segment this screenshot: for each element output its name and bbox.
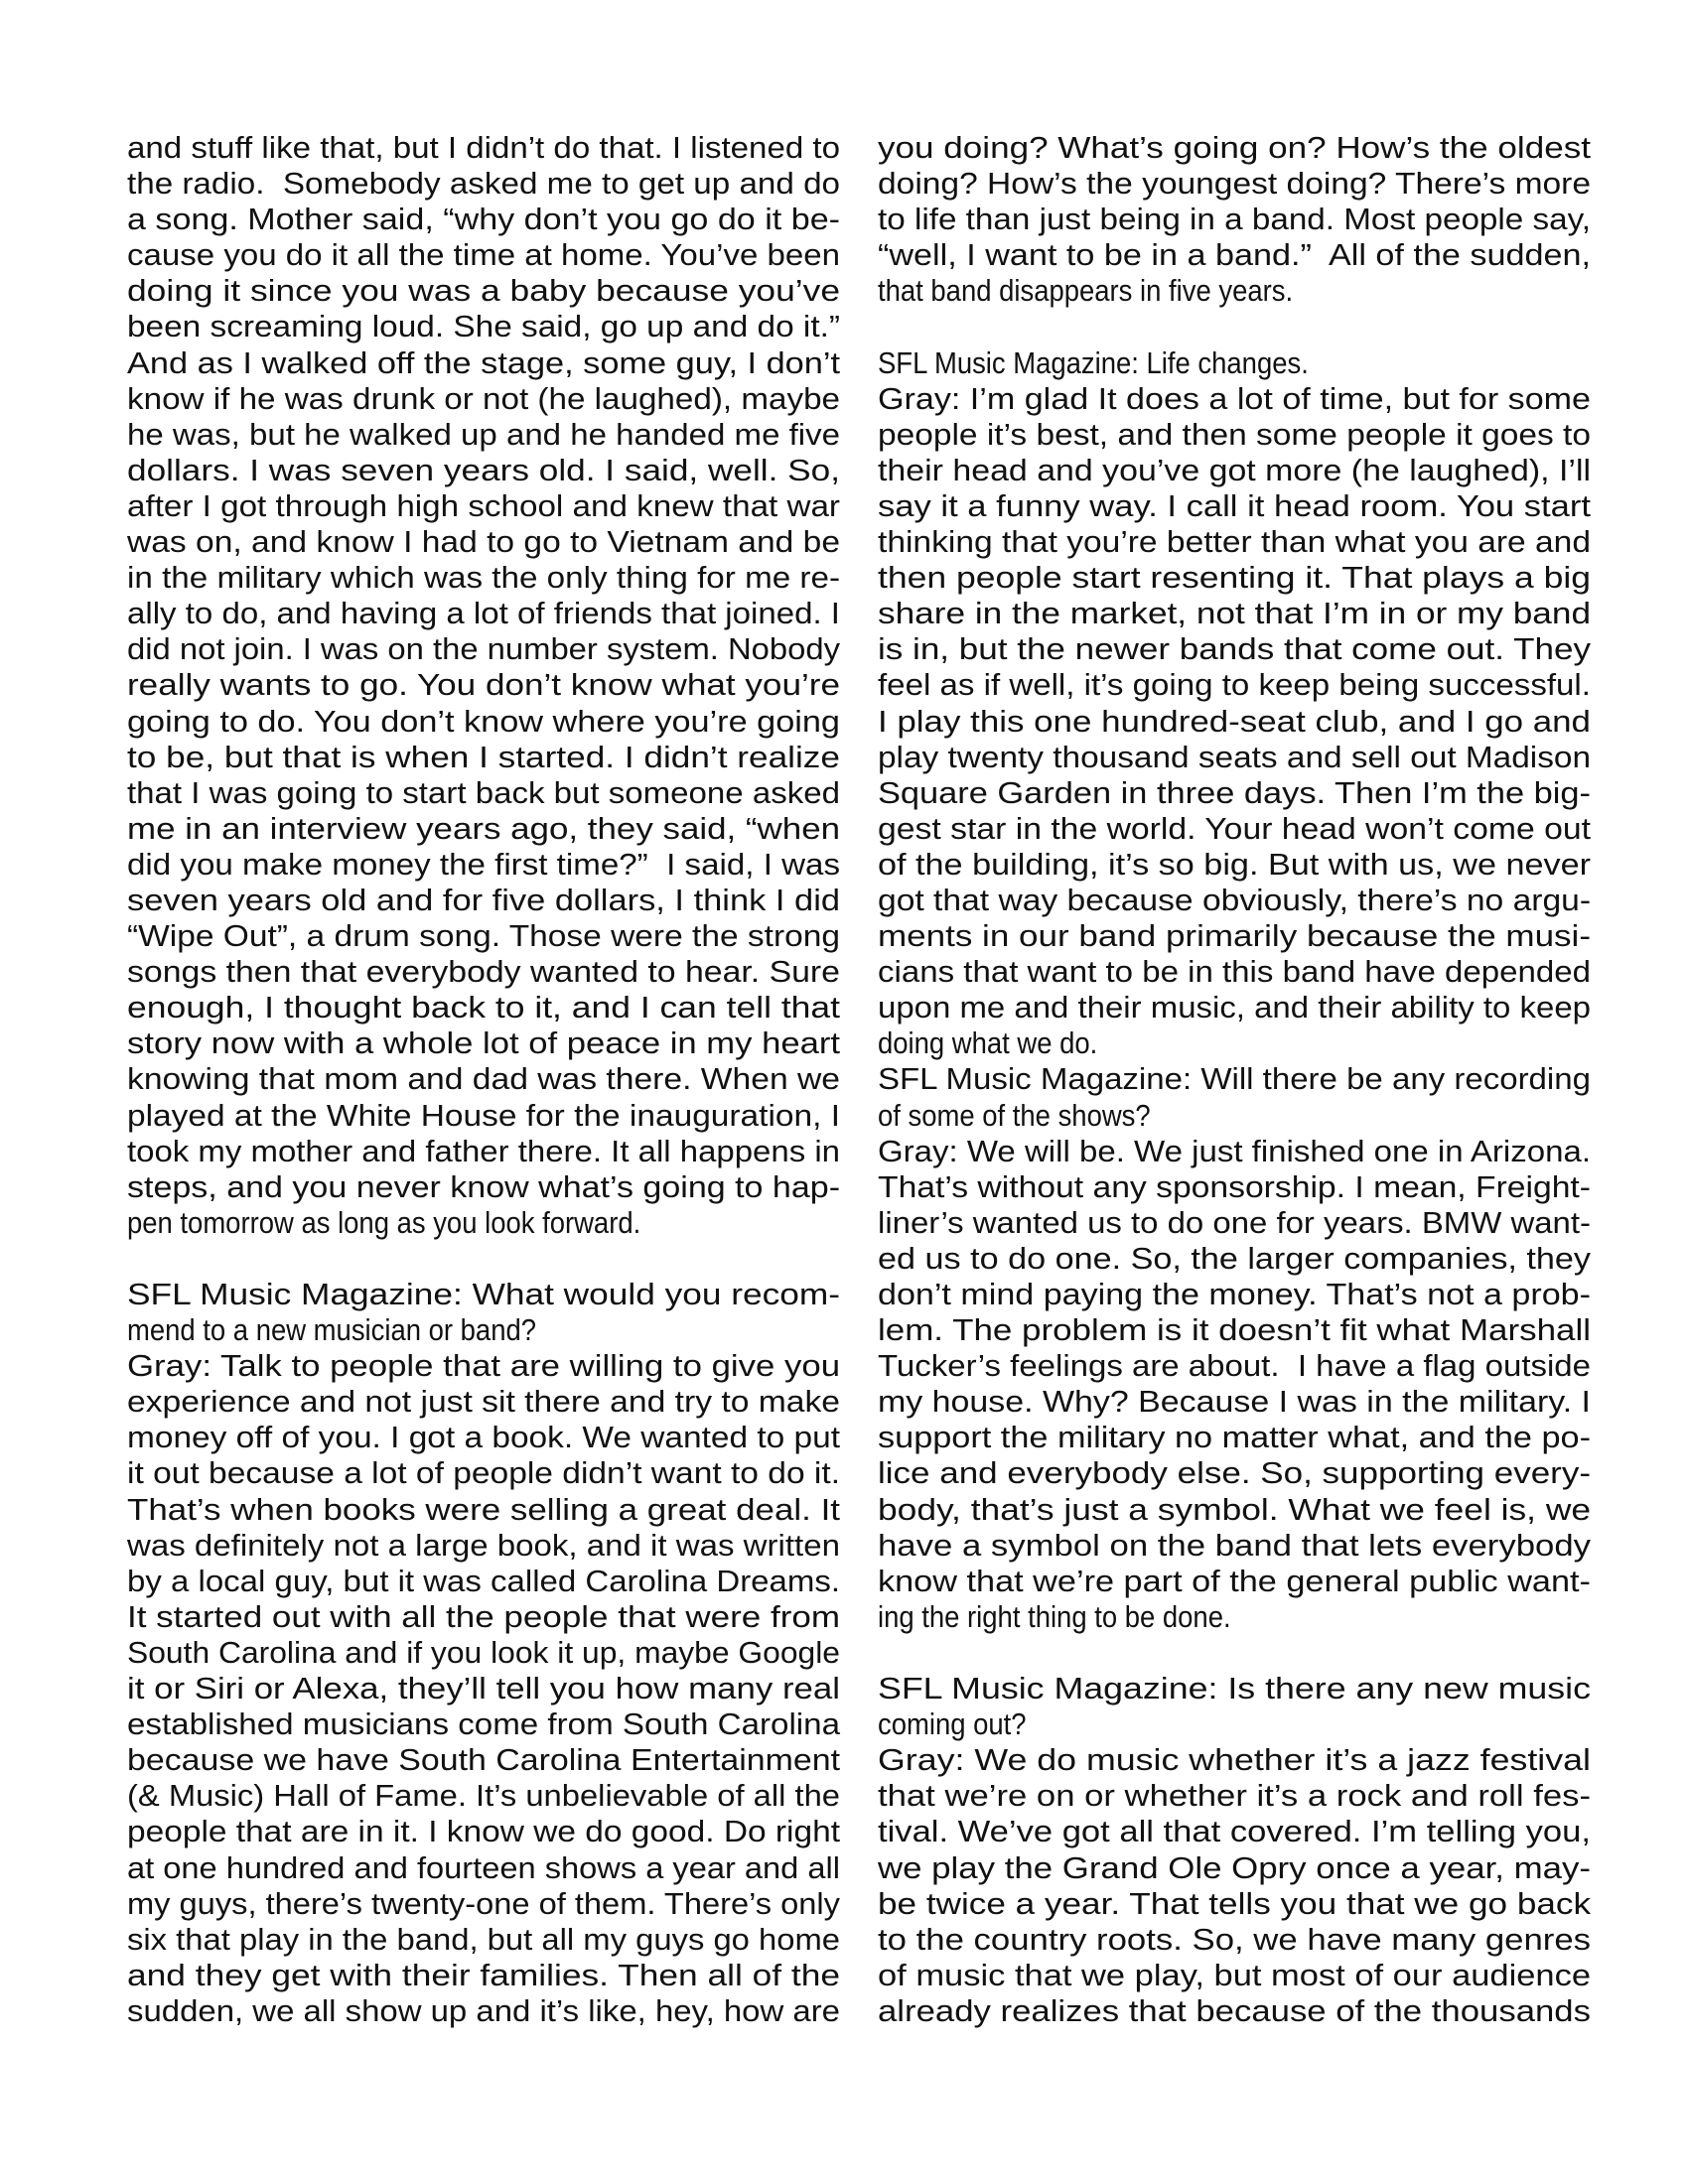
text-line: mend to a new musician or band? <box>127 1312 840 1348</box>
text-line: (& Music) Hall of Fame. It’s unbelievabl… <box>127 1778 840 1814</box>
text-line-content: of music that we play, but most of our a… <box>878 1958 1591 1993</box>
text-line: share in the market, not that I’m in or … <box>878 596 1591 631</box>
text-line-content: cause you do it all the time at home. Yo… <box>127 237 840 273</box>
text-line: SFL Music Magazine: Will there be any re… <box>878 1061 1591 1097</box>
text-line-content: dollars. I was seven years old. I said, … <box>127 453 840 488</box>
text-line: is in, but the newer bands that come out… <box>878 631 1591 667</box>
text-line: my guys, there’s twenty-one of them. The… <box>127 1886 840 1922</box>
text-line: doing it since you was a baby because yo… <box>127 273 840 309</box>
text-line-content: doing it since you was a baby because yo… <box>127 273 840 309</box>
text-line-content: played at the White House for the inaugu… <box>127 1098 840 1134</box>
text-line: SFL Music Magazine: What would you recom… <box>127 1277 840 1312</box>
text-line: say it a funny way. I call it head room.… <box>878 488 1591 524</box>
text-line: did not join. I was on the number system… <box>127 631 840 667</box>
text-line-content: it or Siri or Alexa, they’ll tell you ho… <box>127 1671 840 1706</box>
text-line-content: Square Garden in three days. Then I’m th… <box>878 775 1591 811</box>
text-line: Tucker’s feelings are about. I have a fl… <box>878 1348 1591 1384</box>
text-line-content: and stuff like that, but I didn’t do tha… <box>127 130 840 166</box>
text-line-content: knowing that mom and dad was there. When… <box>127 1061 840 1097</box>
text-line-content: ing the right thing to be done. <box>878 1599 1231 1635</box>
text-line-content: Gray: We do music whether it’s a jazz fe… <box>878 1742 1591 1778</box>
text-line-content: upon me and their music, and their abili… <box>878 990 1591 1025</box>
text-line-content: six that play in the band, but all my gu… <box>127 1922 840 1958</box>
text-line: It started out with all the people that … <box>127 1599 840 1635</box>
text-line: play twenty thousand seats and sell out … <box>878 740 1591 775</box>
text-line-content: was on, and know I had to go to Vietnam … <box>127 524 840 560</box>
text-line: thinking that you’re better than what yo… <box>878 524 1591 560</box>
text-line-content: cians that want to be in this band have … <box>878 954 1591 990</box>
text-line-content: going to do. You don’t know where you’re… <box>127 704 840 740</box>
text-line: “well, I want to be in a band.” All of t… <box>878 237 1591 273</box>
text-line-content: ed us to do one. So, the larger companie… <box>878 1241 1591 1277</box>
text-line-content: “well, I want to be in a band.” All of t… <box>878 237 1591 273</box>
text-line-content: you doing? What’s going on? How’s the ol… <box>878 130 1591 166</box>
text-line: that we’re on or whether it’s a rock and… <box>878 1778 1591 1814</box>
left-text-column: and stuff like that, but I didn’t do tha… <box>127 130 840 2029</box>
text-line: sudden, we all show up and it’s like, he… <box>127 1993 840 2029</box>
text-line: of the building, it’s so big. But with u… <box>878 847 1591 883</box>
paragraph-spacer <box>878 1635 1591 1671</box>
text-line-content: got that way because obviously, there’s … <box>878 883 1591 918</box>
text-line-content: play twenty thousand seats and sell out … <box>878 740 1591 775</box>
text-line-content: that I was going to start back but someo… <box>127 775 840 811</box>
text-line: we play the Grand Ole Opry once a year, … <box>878 1850 1591 1886</box>
text-line: by a local guy, but it was called Caroli… <box>127 1564 840 1599</box>
text-line-content: doing? How’s the youngest doing? There’s… <box>878 166 1591 202</box>
text-line: played at the White House for the inaugu… <box>127 1098 840 1134</box>
text-line: seven years old and for five dollars, I … <box>127 883 840 918</box>
text-line-content: of the building, it’s so big. But with u… <box>878 847 1591 883</box>
text-line: of music that we play, but most of our a… <box>878 1958 1591 1993</box>
text-line-content: a song. Mother said, “why don’t you go d… <box>127 202 840 237</box>
text-line-content: took my mother and father there. It all … <box>127 1134 840 1169</box>
text-line: established musicians come from South Ca… <box>127 1706 840 1742</box>
text-line: support the military no matter what, and… <box>878 1420 1591 1455</box>
text-line-content: did you make money the first time?” I sa… <box>127 847 840 883</box>
text-line-content: steps, and you never know what’s going t… <box>127 1169 840 1205</box>
text-line-content: to life than just being in a band. Most … <box>878 202 1591 237</box>
text-line-content: share in the market, not that I’m in or … <box>878 596 1591 631</box>
text-line-content: enough, I thought back to it, and I can … <box>127 990 840 1025</box>
text-line: That’s without any sponsorship. I mean, … <box>878 1169 1591 1205</box>
text-line-content: feel as if well, it’s going to keep bein… <box>878 667 1591 703</box>
text-line: Square Garden in three days. Then I’m th… <box>878 775 1591 811</box>
text-line: that band disappears in five years. <box>878 273 1591 309</box>
text-line-content: after I got through high school and knew… <box>127 488 840 524</box>
text-line-content: That’s when books were selling a great d… <box>127 1492 840 1528</box>
text-line: took my mother and father there. It all … <box>127 1134 840 1169</box>
text-line: that I was going to start back but someo… <box>127 775 840 811</box>
paragraph-spacer <box>878 309 1591 344</box>
right-text-column: you doing? What’s going on? How’s the ol… <box>878 130 1591 2029</box>
text-line: have a symbol on the band that lets ever… <box>878 1528 1591 1564</box>
text-line: six that play in the band, but all my gu… <box>127 1922 840 1958</box>
text-line: knowing that mom and dad was there. When… <box>127 1061 840 1097</box>
text-line: gest star in the world. Your head won’t … <box>878 811 1591 847</box>
text-line: That’s when books were selling a great d… <box>127 1492 840 1528</box>
text-line: “Wipe Out”, a drum song. Those were the … <box>127 918 840 954</box>
text-line-content: me in an interview years ago, they said,… <box>127 811 840 847</box>
text-line-content: he was, but he walked up and he handed m… <box>127 417 840 453</box>
text-line: a song. Mother said, “why don’t you go d… <box>127 202 840 237</box>
text-line-content: It started out with all the people that … <box>127 1599 840 1635</box>
text-line: then people start resenting it. That pla… <box>878 560 1591 596</box>
text-line-content: ments in our band primarily because the … <box>878 918 1591 954</box>
text-line-content: SFL Music Magazine: Life changes. <box>878 345 1309 381</box>
text-line: he was, but he walked up and he handed m… <box>127 417 840 453</box>
text-line: doing what we do. <box>878 1025 1591 1061</box>
text-line: Gray: Talk to people that are willing to… <box>127 1348 840 1384</box>
text-line-content: is in, but the newer bands that come out… <box>878 631 1591 667</box>
text-line: the radio. Somebody asked me to get up a… <box>127 166 840 202</box>
text-line-content: doing what we do. <box>878 1025 1097 1061</box>
text-line-content: Gray: Talk to people that are willing to… <box>127 1348 840 1384</box>
text-line-content: liner’s wanted us to do one for years. B… <box>878 1205 1591 1241</box>
text-line-content: really wants to go. You don’t know what … <box>127 667 840 703</box>
text-line: me in an interview years ago, they said,… <box>127 811 840 847</box>
text-line-content: because we have South Carolina Entertain… <box>127 1742 840 1778</box>
text-line-content: (& Music) Hall of Fame. It’s unbelievabl… <box>127 1778 840 1814</box>
text-line: be twice a year. That tells you that we … <box>878 1886 1591 1922</box>
text-line-content: support the military no matter what, and… <box>878 1420 1591 1455</box>
text-line-content: people that are in it. I know we do good… <box>127 1814 840 1849</box>
text-line: Gray: I’m glad It does a lot of time, bu… <box>878 381 1591 417</box>
text-line-content: in the military which was the only thing… <box>127 560 840 596</box>
text-line: cause you do it all the time at home. Yo… <box>127 237 840 273</box>
text-line: enough, I thought back to it, and I can … <box>127 990 840 1025</box>
text-line: my house. Why? Because I was in the mili… <box>878 1384 1591 1420</box>
text-line-content: thinking that you’re better than what yo… <box>878 524 1591 560</box>
text-line: it or Siri or Alexa, they’ll tell you ho… <box>127 1671 840 1706</box>
text-line: to the country roots. So, we have many g… <box>878 1922 1591 1958</box>
text-line-content: I play this one hundred-seat club, and I… <box>878 704 1591 740</box>
text-line-content: songs then that everybody wanted to hear… <box>127 954 840 990</box>
text-line: feel as if well, it’s going to keep bein… <box>878 667 1591 703</box>
text-line: was on, and know I had to go to Vietnam … <box>127 524 840 560</box>
text-line-content: we play the Grand Ole Opry once a year, … <box>878 1850 1591 1886</box>
text-line: dollars. I was seven years old. I said, … <box>127 453 840 488</box>
text-line: after I got through high school and knew… <box>127 488 840 524</box>
text-line: to life than just being in a band. Most … <box>878 202 1591 237</box>
text-line: experience and not just sit there and tr… <box>127 1384 840 1420</box>
text-line: been screaming loud. She said, go up and… <box>127 309 840 344</box>
text-line: and they get with their families. Then a… <box>127 1958 840 1993</box>
text-line: Gray: We do music whether it’s a jazz fe… <box>878 1742 1591 1778</box>
text-line: ments in our band primarily because the … <box>878 918 1591 954</box>
text-line: body, that’s just a symbol. What we feel… <box>878 1492 1591 1528</box>
text-line-content: at one hundred and fourteen shows a year… <box>127 1850 840 1886</box>
text-line-content: story now with a whole lot of peace in m… <box>127 1025 840 1061</box>
text-line: ing the right thing to be done. <box>878 1599 1591 1635</box>
text-line: in the military which was the only thing… <box>127 560 840 596</box>
text-line-content: know that we’re part of the general publ… <box>878 1564 1591 1599</box>
text-line-content: Gray: We will be. We just finished one i… <box>878 1134 1591 1169</box>
text-line: lem. The problem is it doesn’t fit what … <box>878 1312 1591 1348</box>
text-line: it out because a lot of people didn’t wa… <box>127 1455 840 1491</box>
text-line: Gray: We will be. We just finished one i… <box>878 1134 1591 1169</box>
text-line-content: SFL Music Magazine: Is there any new mus… <box>878 1671 1591 1706</box>
text-line-content: pen tomorrow as long as you look forward… <box>127 1205 640 1241</box>
text-line: people it’s best, and then some people i… <box>878 417 1591 453</box>
text-line-content: have a symbol on the band that lets ever… <box>878 1528 1591 1564</box>
text-line-content: of some of the shows? <box>878 1098 1151 1134</box>
text-line: lice and everybody else. So, supporting … <box>878 1455 1591 1491</box>
text-line-content: sudden, we all show up and it’s like, he… <box>127 1993 840 2029</box>
text-line-content: coming out? <box>878 1706 1027 1742</box>
text-line-content: the radio. Somebody asked me to get up a… <box>127 166 840 202</box>
text-line-content: then people start resenting it. That pla… <box>878 560 1591 596</box>
text-line-content: Gray: I’m glad It does a lot of time, bu… <box>878 381 1591 417</box>
text-line-content: And as I walked off the stage, some guy,… <box>127 345 840 381</box>
text-line-content: and they get with their families. Then a… <box>127 1958 840 1993</box>
text-line: steps, and you never know what’s going t… <box>127 1169 840 1205</box>
text-line-content: my guys, there’s twenty-one of them. The… <box>127 1886 840 1922</box>
text-line: going to do. You don’t know where you’re… <box>127 704 840 740</box>
text-line-content: body, that’s just a symbol. What we feel… <box>878 1492 1591 1528</box>
text-line: doing? How’s the youngest doing? There’s… <box>878 166 1591 202</box>
text-line: ed us to do one. So, the larger companie… <box>878 1241 1591 1277</box>
text-line: at one hundred and fourteen shows a year… <box>127 1850 840 1886</box>
text-line-content: been screaming loud. She said, go up and… <box>127 309 840 344</box>
text-line-content: my house. Why? Because I was in the mili… <box>878 1384 1591 1420</box>
text-line-content: don’t mind paying the money. That’s not … <box>878 1277 1591 1312</box>
text-line-content: established musicians come from South Ca… <box>127 1706 840 1742</box>
text-line-content: South Carolina and if you look it up, ma… <box>127 1635 840 1671</box>
text-line-content: to the country roots. So, we have many g… <box>878 1922 1591 1958</box>
text-line: I play this one hundred-seat club, and I… <box>878 704 1591 740</box>
text-line: because we have South Carolina Entertain… <box>127 1742 840 1778</box>
text-line-content: that band disappears in five years. <box>878 273 1293 309</box>
text-line: really wants to go. You don’t know what … <box>127 667 840 703</box>
text-line-content: gest star in the world. Your head won’t … <box>878 811 1591 847</box>
text-line-content: ally to do, and having a lot of friends … <box>127 596 840 631</box>
text-line-content: to be, but that is when I started. I did… <box>127 740 840 775</box>
text-line-content: SFL Music Magazine: Will there be any re… <box>878 1061 1591 1097</box>
text-line: got that way because obviously, there’s … <box>878 883 1591 918</box>
text-line: story now with a whole lot of peace in m… <box>127 1025 840 1061</box>
text-line: already realizes that because of the tho… <box>878 1993 1591 2029</box>
text-line: songs then that everybody wanted to hear… <box>127 954 840 990</box>
text-line: SFL Music Magazine: Life changes. <box>878 345 1591 381</box>
text-line-content: say it a funny way. I call it head room.… <box>878 488 1591 524</box>
text-line: coming out? <box>878 1706 1591 1742</box>
text-line: tival. We’ve got all that covered. I’m t… <box>878 1814 1591 1849</box>
text-line-content: lice and everybody else. So, supporting … <box>878 1455 1591 1491</box>
text-line-content: money off of you. I got a book. We wante… <box>127 1420 840 1455</box>
text-line-content: be twice a year. That tells you that we … <box>878 1886 1591 1922</box>
text-line-content: “Wipe Out”, a drum song. Those were the … <box>127 918 840 954</box>
text-line-content: already realizes that because of the tho… <box>878 1993 1591 2029</box>
text-line-content: That’s without any sponsorship. I mean, … <box>878 1169 1591 1205</box>
text-line-content: lem. The problem is it doesn’t fit what … <box>878 1312 1591 1348</box>
text-line: liner’s wanted us to do one for years. B… <box>878 1205 1591 1241</box>
text-line-content: experience and not just sit there and tr… <box>127 1384 840 1420</box>
text-line-content: it out because a lot of people didn’t wa… <box>127 1455 840 1491</box>
text-line-content: did not join. I was on the number system… <box>127 631 840 667</box>
text-line: SFL Music Magazine: Is there any new mus… <box>878 1671 1591 1706</box>
text-line: cians that want to be in this band have … <box>878 954 1591 990</box>
text-line-content: SFL Music Magazine: What would you recom… <box>127 1277 840 1312</box>
text-line: ally to do, and having a lot of friends … <box>127 596 840 631</box>
text-line-content: know if he was drunk or not (he laughed)… <box>127 381 840 417</box>
text-line-content: people it’s best, and then some people i… <box>878 417 1591 453</box>
text-line: pen tomorrow as long as you look forward… <box>127 1205 840 1241</box>
text-line: did you make money the first time?” I sa… <box>127 847 840 883</box>
text-line: of some of the shows? <box>878 1098 1591 1134</box>
text-line: upon me and their music, and their abili… <box>878 990 1591 1025</box>
text-line: know that we’re part of the general publ… <box>878 1564 1591 1599</box>
text-line-content: their head and you’ve got more (he laugh… <box>878 453 1591 488</box>
text-line: people that are in it. I know we do good… <box>127 1814 840 1849</box>
magazine-page: and stuff like that, but I didn’t do tha… <box>0 0 1688 2184</box>
text-line-content: tival. We’ve got all that covered. I’m t… <box>878 1814 1591 1849</box>
text-line: you doing? What’s going on? How’s the ol… <box>878 130 1591 166</box>
text-line: know if he was drunk or not (he laughed)… <box>127 381 840 417</box>
text-line: South Carolina and if you look it up, ma… <box>127 1635 840 1671</box>
paragraph-spacer <box>127 1241 840 1277</box>
text-line: their head and you’ve got more (he laugh… <box>878 453 1591 488</box>
text-line-content: seven years old and for five dollars, I … <box>127 883 840 918</box>
text-line-content: was definitely not a large book, and it … <box>127 1528 840 1564</box>
text-line: to be, but that is when I started. I did… <box>127 740 840 775</box>
text-line-content: Tucker’s feelings are about. I have a fl… <box>878 1348 1591 1384</box>
text-line-content: that we’re on or whether it’s a rock and… <box>878 1778 1591 1814</box>
text-line: And as I walked off the stage, some guy,… <box>127 345 840 381</box>
text-line: don’t mind paying the money. That’s not … <box>878 1277 1591 1312</box>
text-line: was definitely not a large book, and it … <box>127 1528 840 1564</box>
text-line-content: mend to a new musician or band? <box>127 1312 536 1348</box>
text-line: and stuff like that, but I didn’t do tha… <box>127 130 840 166</box>
text-line: money off of you. I got a book. We wante… <box>127 1420 840 1455</box>
text-line-content: by a local guy, but it was called Caroli… <box>127 1564 840 1599</box>
